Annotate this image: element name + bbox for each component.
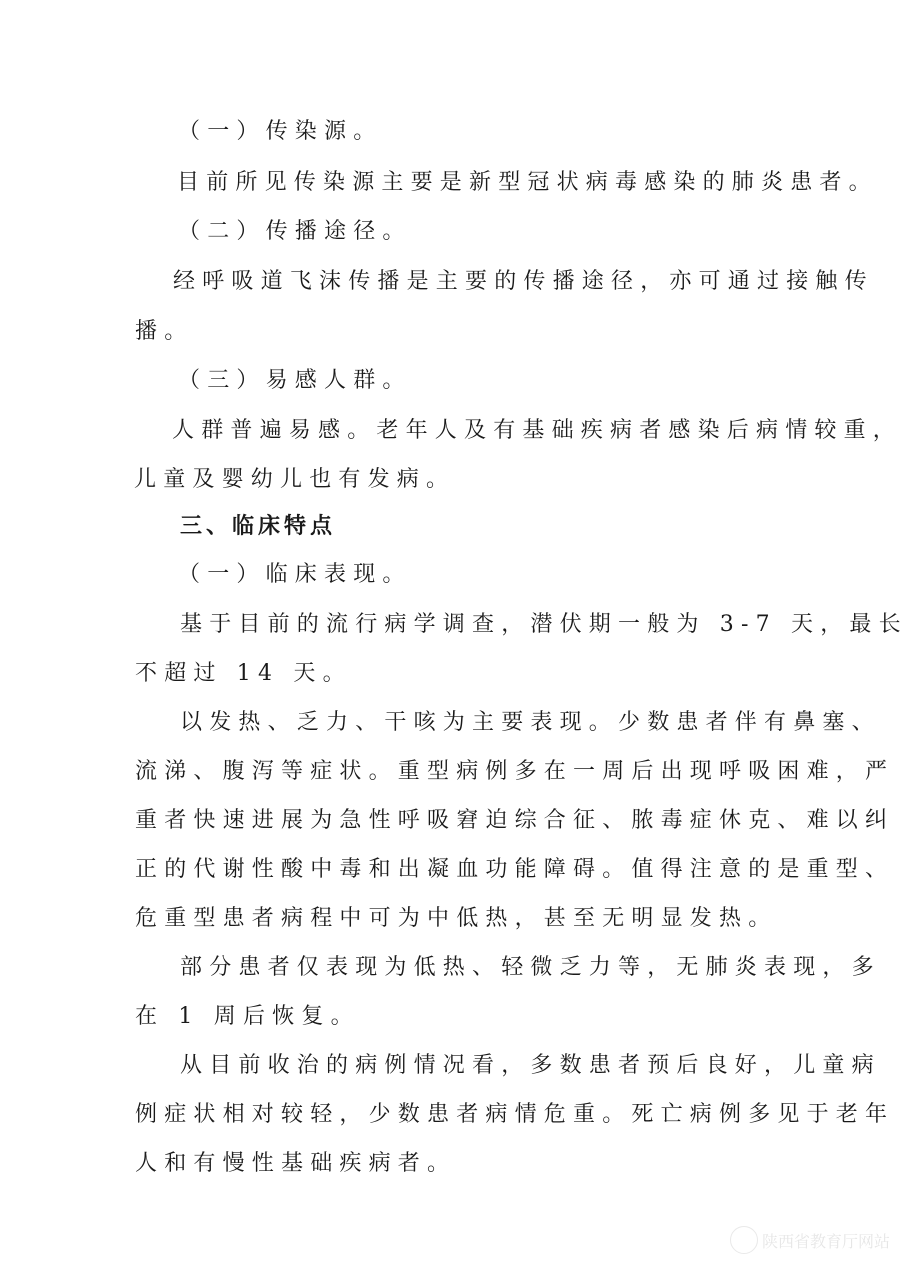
text-line: 正的代谢性酸中毒和出凝血功能障碍。值得注意的是重型、 bbox=[135, 855, 894, 885]
text-line: 部分患者仅表现为低热、轻微乏力等，无肺炎表现，多 bbox=[180, 953, 881, 983]
text-line: 重者快速进展为急性呼吸窘迫综合征、脓毒症休克、难以纠 bbox=[135, 806, 894, 836]
text-line: 基于目前的流行病学调查，潜伏期一般为 3-7 天，最长 bbox=[180, 610, 900, 640]
text-line: 不超过 14 天。 bbox=[135, 659, 352, 689]
text-line: 播。 bbox=[135, 317, 193, 347]
text-line: 人和有慢性基础疾病者。 bbox=[135, 1149, 456, 1179]
text-line: （一）临床表现。 bbox=[178, 560, 412, 590]
text-line: 从目前收治的病例情况看，多数患者预后良好，儿童病 bbox=[180, 1051, 881, 1081]
text-line: （三）易感人群。 bbox=[178, 366, 412, 396]
text-line: 以发热、乏力、干咳为主要表现。少数患者伴有鼻塞、 bbox=[180, 708, 881, 738]
text-line: （一）传染源。 bbox=[178, 117, 382, 147]
text-line: 经呼吸道飞沫传播是主要的传播途径，亦可通过接触传 bbox=[173, 267, 874, 297]
watermark: 陕西省教育厅网站 bbox=[730, 1226, 890, 1254]
watermark-text: 陕西省教育厅网站 bbox=[762, 1229, 890, 1252]
text-line: 例症状相对较轻，少数患者病情危重。死亡病例多见于老年 bbox=[135, 1100, 894, 1130]
watermark-logo-icon bbox=[730, 1226, 758, 1254]
text-line: （二）传播途径。 bbox=[178, 217, 412, 247]
text-line: 儿童及婴幼儿也有发病。 bbox=[134, 465, 455, 495]
text-line: 流涕、腹泻等症状。重型病例多在一周后出现呼吸困难，严 bbox=[135, 757, 894, 787]
section-heading: 三、临床特点 bbox=[180, 512, 336, 542]
text-line: 在 1 周后恢复。 bbox=[135, 1002, 360, 1032]
text-line: 人群普遍易感。老年人及有基础疾病者感染后病情较重， bbox=[172, 416, 900, 446]
text-line: 危重型患者病程中可为中低热，甚至无明显发热。 bbox=[135, 904, 777, 934]
text-line: 目前所见传染源主要是新型冠状病毒感染的肺炎患者。 bbox=[177, 168, 878, 198]
